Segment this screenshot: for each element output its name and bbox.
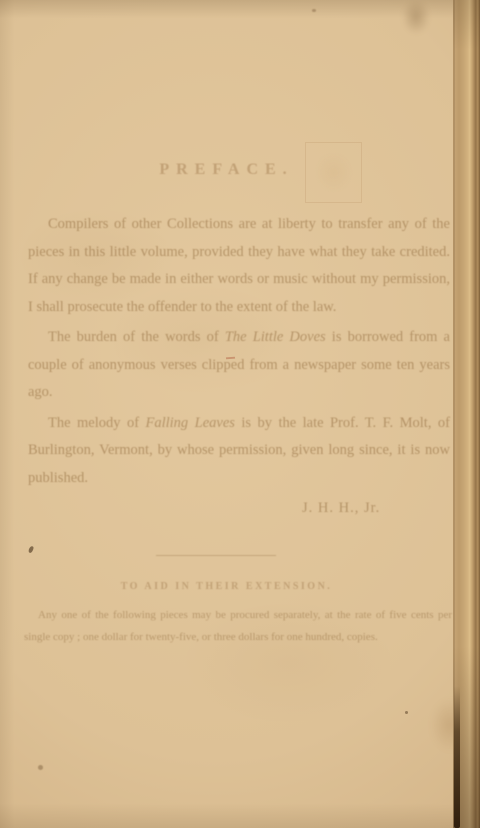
page-edge-shadow — [454, 686, 460, 828]
stamp-ghost-mark — [305, 142, 362, 203]
book-fore-edge — [453, 0, 480, 828]
ink-smudge — [396, 0, 436, 46]
scanned-book-page: PREFACE. Compilers of other Collections … — [0, 0, 480, 828]
page-edge-seam — [453, 0, 455, 828]
ink-speck — [38, 765, 43, 770]
ink-speck — [312, 9, 316, 12]
ink-speck — [405, 711, 408, 714]
page-surface — [0, 0, 480, 828]
